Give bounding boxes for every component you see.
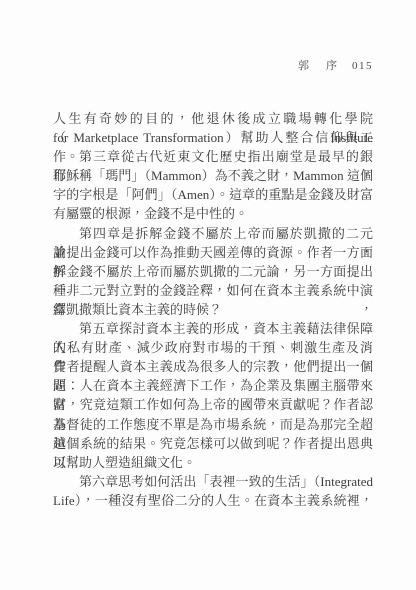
- text-line: 人生有奇妙的目的，他退休後成立職場轉化學院（Institute: [53, 109, 373, 128]
- text-line: 耶穌稱「瑪門」（Mammon）為不義之財，Mammon 這個: [53, 166, 373, 185]
- page-number: 015: [352, 60, 373, 72]
- text-line: 第三章從古代近東文化歷史指出廟堂是最早的銀行，: [53, 147, 373, 166]
- text-line: 種非二元對立對的金錢詮釋，如何在資本主義系統中演繹，: [53, 281, 373, 300]
- text-line: 並提出金錢可以作為推動天國差傳的資源。作者一方面拆: [53, 243, 373, 262]
- text-line: 有屬靈的根源，金錢不是中性的。: [53, 204, 373, 223]
- text-line: Life），一種沒有聖俗二分的人生。在資本主義系統裡，: [53, 491, 373, 510]
- text-line: 這個系統的結果。究竟怎樣可以做到呢？作者提出恩典可: [53, 434, 373, 453]
- text-line: 的私有財產、減少政府對市場的干預、刺激生產及消費。: [53, 338, 373, 357]
- text-line: 以幫助人塑造組織文化。: [53, 453, 373, 472]
- text-line: for Marketplace Transformation）幫助人整合信仰與工…: [53, 128, 373, 147]
- running-header: 郭 序015: [298, 57, 373, 73]
- text-line: 基督徒的工作態度不單是為市場系統，而是為那完全超越: [53, 415, 373, 434]
- book-page: 郭 序015 人生有奇妙的目的，他退休後成立職場轉化學院（Institutefo…: [0, 0, 416, 590]
- text-line: 題：人在資本主義經濟下工作，為企業及集團主腦帶來財: [53, 376, 373, 395]
- text-line: 字的字根是「阿們」（Amen）。這章的重點是金錢及財富: [53, 185, 373, 204]
- text-line: 第六章思考如何活出「表裡一致的生活」（Integrated: [53, 472, 373, 491]
- text-line: 第五章探討資本主義的形成，資本主義藉法律保障人: [53, 319, 373, 338]
- section-title: 郭 序: [298, 60, 340, 72]
- body-text: 人生有奇妙的目的，他退休後成立職場轉化學院（Institutefor Marke…: [53, 109, 373, 510]
- text-line: 第四章是拆解金錢不屬於上帝而屬於凱撒的二元論，: [53, 224, 373, 243]
- text-line: 解金錢不屬於上帝而屬於凱撒的二元論，另一方面提出一: [53, 262, 373, 281]
- text-line: 作者提醒人資本主義成為很多人的宗教，他們提出一個問: [53, 357, 373, 376]
- text-line: 富，究竟這類工作如何為上帝的國帶來貢獻呢？作者認為: [53, 395, 373, 414]
